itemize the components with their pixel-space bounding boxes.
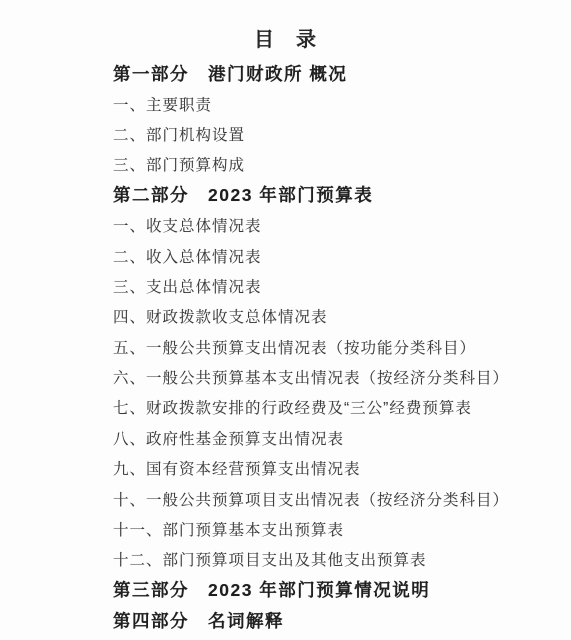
toc-item: 三、支出总体情况表 — [113, 271, 561, 301]
toc-item: 二、部门机构设置 — [113, 119, 561, 149]
toc-title: 目 录 — [0, 0, 571, 52]
toc-item: 二、收入总体情况表 — [113, 240, 561, 270]
toc-section-heading: 第四部分 名词解释 — [113, 605, 561, 635]
toc-item: 十一、部门预算基本支出预算表 — [113, 514, 561, 544]
toc-item: 四、财政拨款收支总体情况表 — [113, 301, 561, 331]
toc-item: 五、一般公共预算支出情况表（按功能分类科目） — [113, 332, 561, 362]
toc-item: 八、政府性基金预算支出情况表 — [113, 423, 561, 453]
toc-item: 三、部门预算构成 — [113, 149, 561, 179]
toc-section-heading: 第一部分 港门财政所 概况 — [113, 58, 561, 88]
toc-item: 六、一般公共预算基本支出情况表（按经济分类科目） — [113, 362, 561, 392]
toc-item: 七、财政拨款安排的行政经费及“三公”经费预算表 — [113, 392, 561, 422]
toc-item: 一、收支总体情况表 — [113, 210, 561, 240]
toc-list: 第一部分 港门财政所 概况 一、主要职责 二、部门机构设置 三、部门预算构成 第… — [0, 58, 571, 635]
toc-item: 十二、部门预算项目支出及其他支出预算表 — [113, 544, 561, 574]
toc-item: 九、国有资本经营预算支出情况表 — [113, 453, 561, 483]
toc-item: 十、一般公共预算项目支出情况表（按经济分类科目） — [113, 483, 561, 513]
toc-section-heading: 第三部分 2023 年部门预算情况说明 — [113, 575, 561, 605]
toc-section-heading: 第二部分 2023 年部门预算表 — [113, 180, 561, 210]
toc-item: 一、主要职责 — [113, 88, 561, 118]
document-page: 目 录 第一部分 港门财政所 概况 一、主要职责 二、部门机构设置 三、部门预算… — [0, 0, 571, 640]
